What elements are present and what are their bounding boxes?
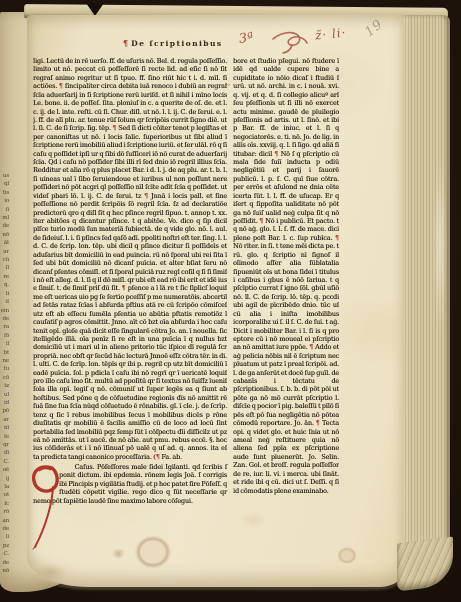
handwritten-mark-left: 3ª xyxy=(238,30,254,47)
foxing-stain-mid xyxy=(235,507,271,533)
left-text-column: ligi. Lectū de in rē uerſo. ff. de uſuri… xyxy=(33,57,227,453)
initial-letter-space xyxy=(33,463,59,493)
final-paragraph: Caſus. Pōſeſſores male ſidei Igilanti. q… xyxy=(33,463,227,529)
folio-number: 19 xyxy=(362,17,386,40)
pilcrow-icon: ¶ xyxy=(123,38,128,48)
right-text-column: bore et ſtudio pſegui. nō ſtudere ī idē … xyxy=(233,57,339,503)
facing-page-text-fragments: us ql tis io ſi ml de nō āt ur cū ſl re … xyxy=(0,172,9,572)
left-column-last-line: ta predicta tangi canonico proceſſaria. … xyxy=(33,453,227,462)
fore-edge-page-stack xyxy=(403,15,450,563)
foxing-stain-ring xyxy=(130,531,176,573)
handwritten-mark-right: z̃· li· xyxy=(314,25,347,42)
final-paragraph-text: Caſus. Pōſeſſores male ſidei Igilanti. q… xyxy=(33,463,227,505)
fore-edge-bottom-wedge xyxy=(397,537,453,592)
running-title-text: De ſcriptionibus xyxy=(131,39,223,48)
scribal-squiggle-icon xyxy=(270,27,310,55)
running-title: ¶De ſcriptionibus xyxy=(123,38,223,48)
foxing-stain-dot xyxy=(111,547,126,560)
book-page: ¶De ſcriptionibus 3ª z̃· li· 19 ligi. Le… xyxy=(27,15,405,587)
foxing-stain-right xyxy=(335,545,359,566)
margin-mark-icon: ~ xyxy=(224,80,231,89)
photo-background: us ql tis io ſi ml de nō āt ur cū ſl re … xyxy=(0,0,461,602)
